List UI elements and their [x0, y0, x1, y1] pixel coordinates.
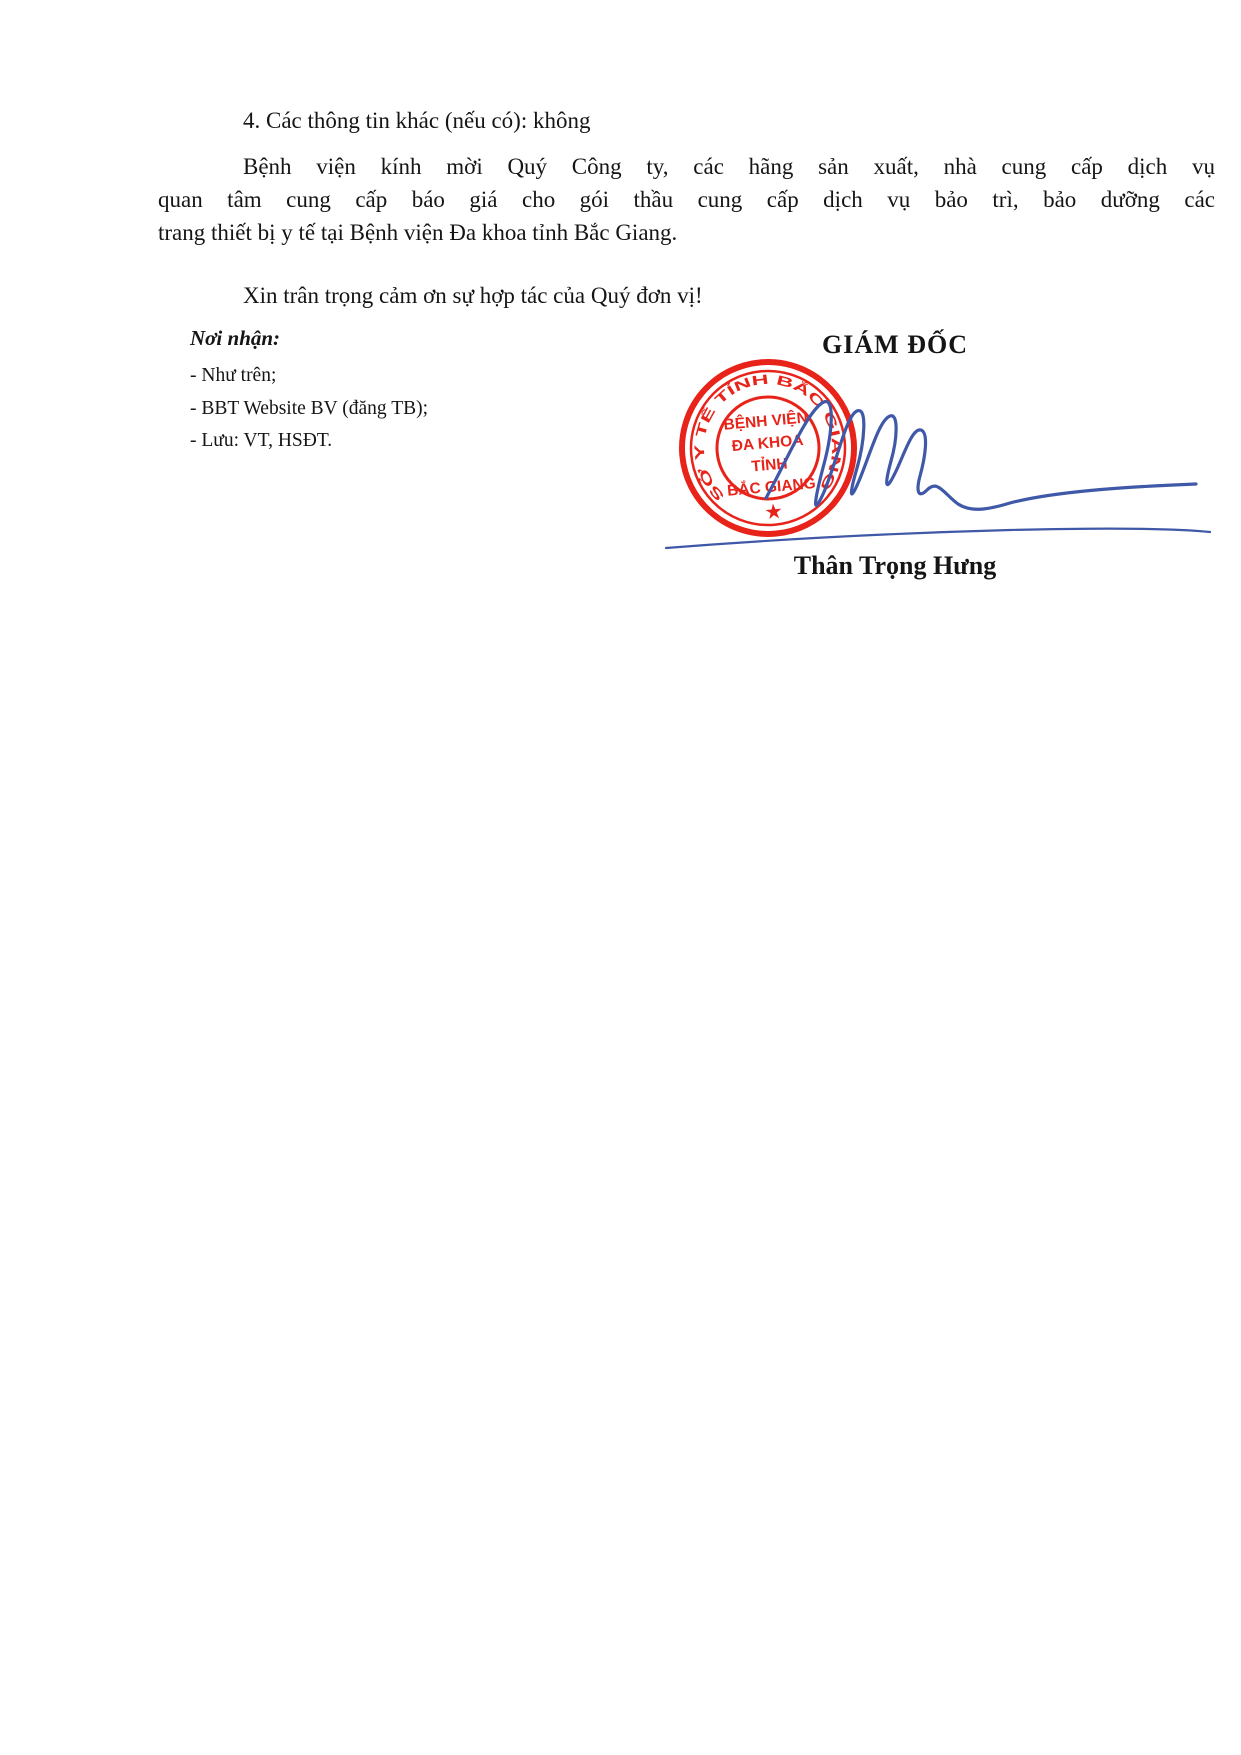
recipient-item-1: - Như trên; — [190, 360, 428, 393]
paragraph-line-3: trang thiết bị y tế tại Bệnh viện Đa kho… — [158, 216, 1215, 249]
document-page: 4. Các thông tin khác (nếu có): không Bệ… — [0, 0, 1241, 1755]
recipient-item-3: - Lưu: VT, HSĐT. — [190, 425, 428, 458]
recipient-item-2: - BBT Website BV (đăng TB); — [190, 393, 428, 426]
signature-main-stroke — [766, 401, 1196, 509]
thanks-line: Xin trân trọng cảm ơn sự hợp tác của Quý… — [158, 279, 1215, 312]
signer-name: Thân Trọng Hưng — [700, 551, 1090, 581]
invitation-paragraph: Bệnh viện kính mời Quý Công ty, các hãng… — [158, 150, 1215, 249]
signature-scribble — [640, 360, 1240, 560]
recipients-heading: Nơi nhận: — [190, 326, 428, 351]
section-4-heading: 4. Các thông tin khác (nếu có): không — [158, 104, 1215, 137]
signature-underline-stroke — [666, 529, 1210, 548]
paragraph-line-1: Bệnh viện kính mời Quý Công ty, các hãng… — [158, 150, 1215, 183]
paragraph-line-2: quan tâm cung cấp báo giá cho gói thầu c… — [158, 183, 1215, 216]
recipients-block: Nơi nhận: - Như trên; - BBT Website BV (… — [190, 326, 428, 458]
